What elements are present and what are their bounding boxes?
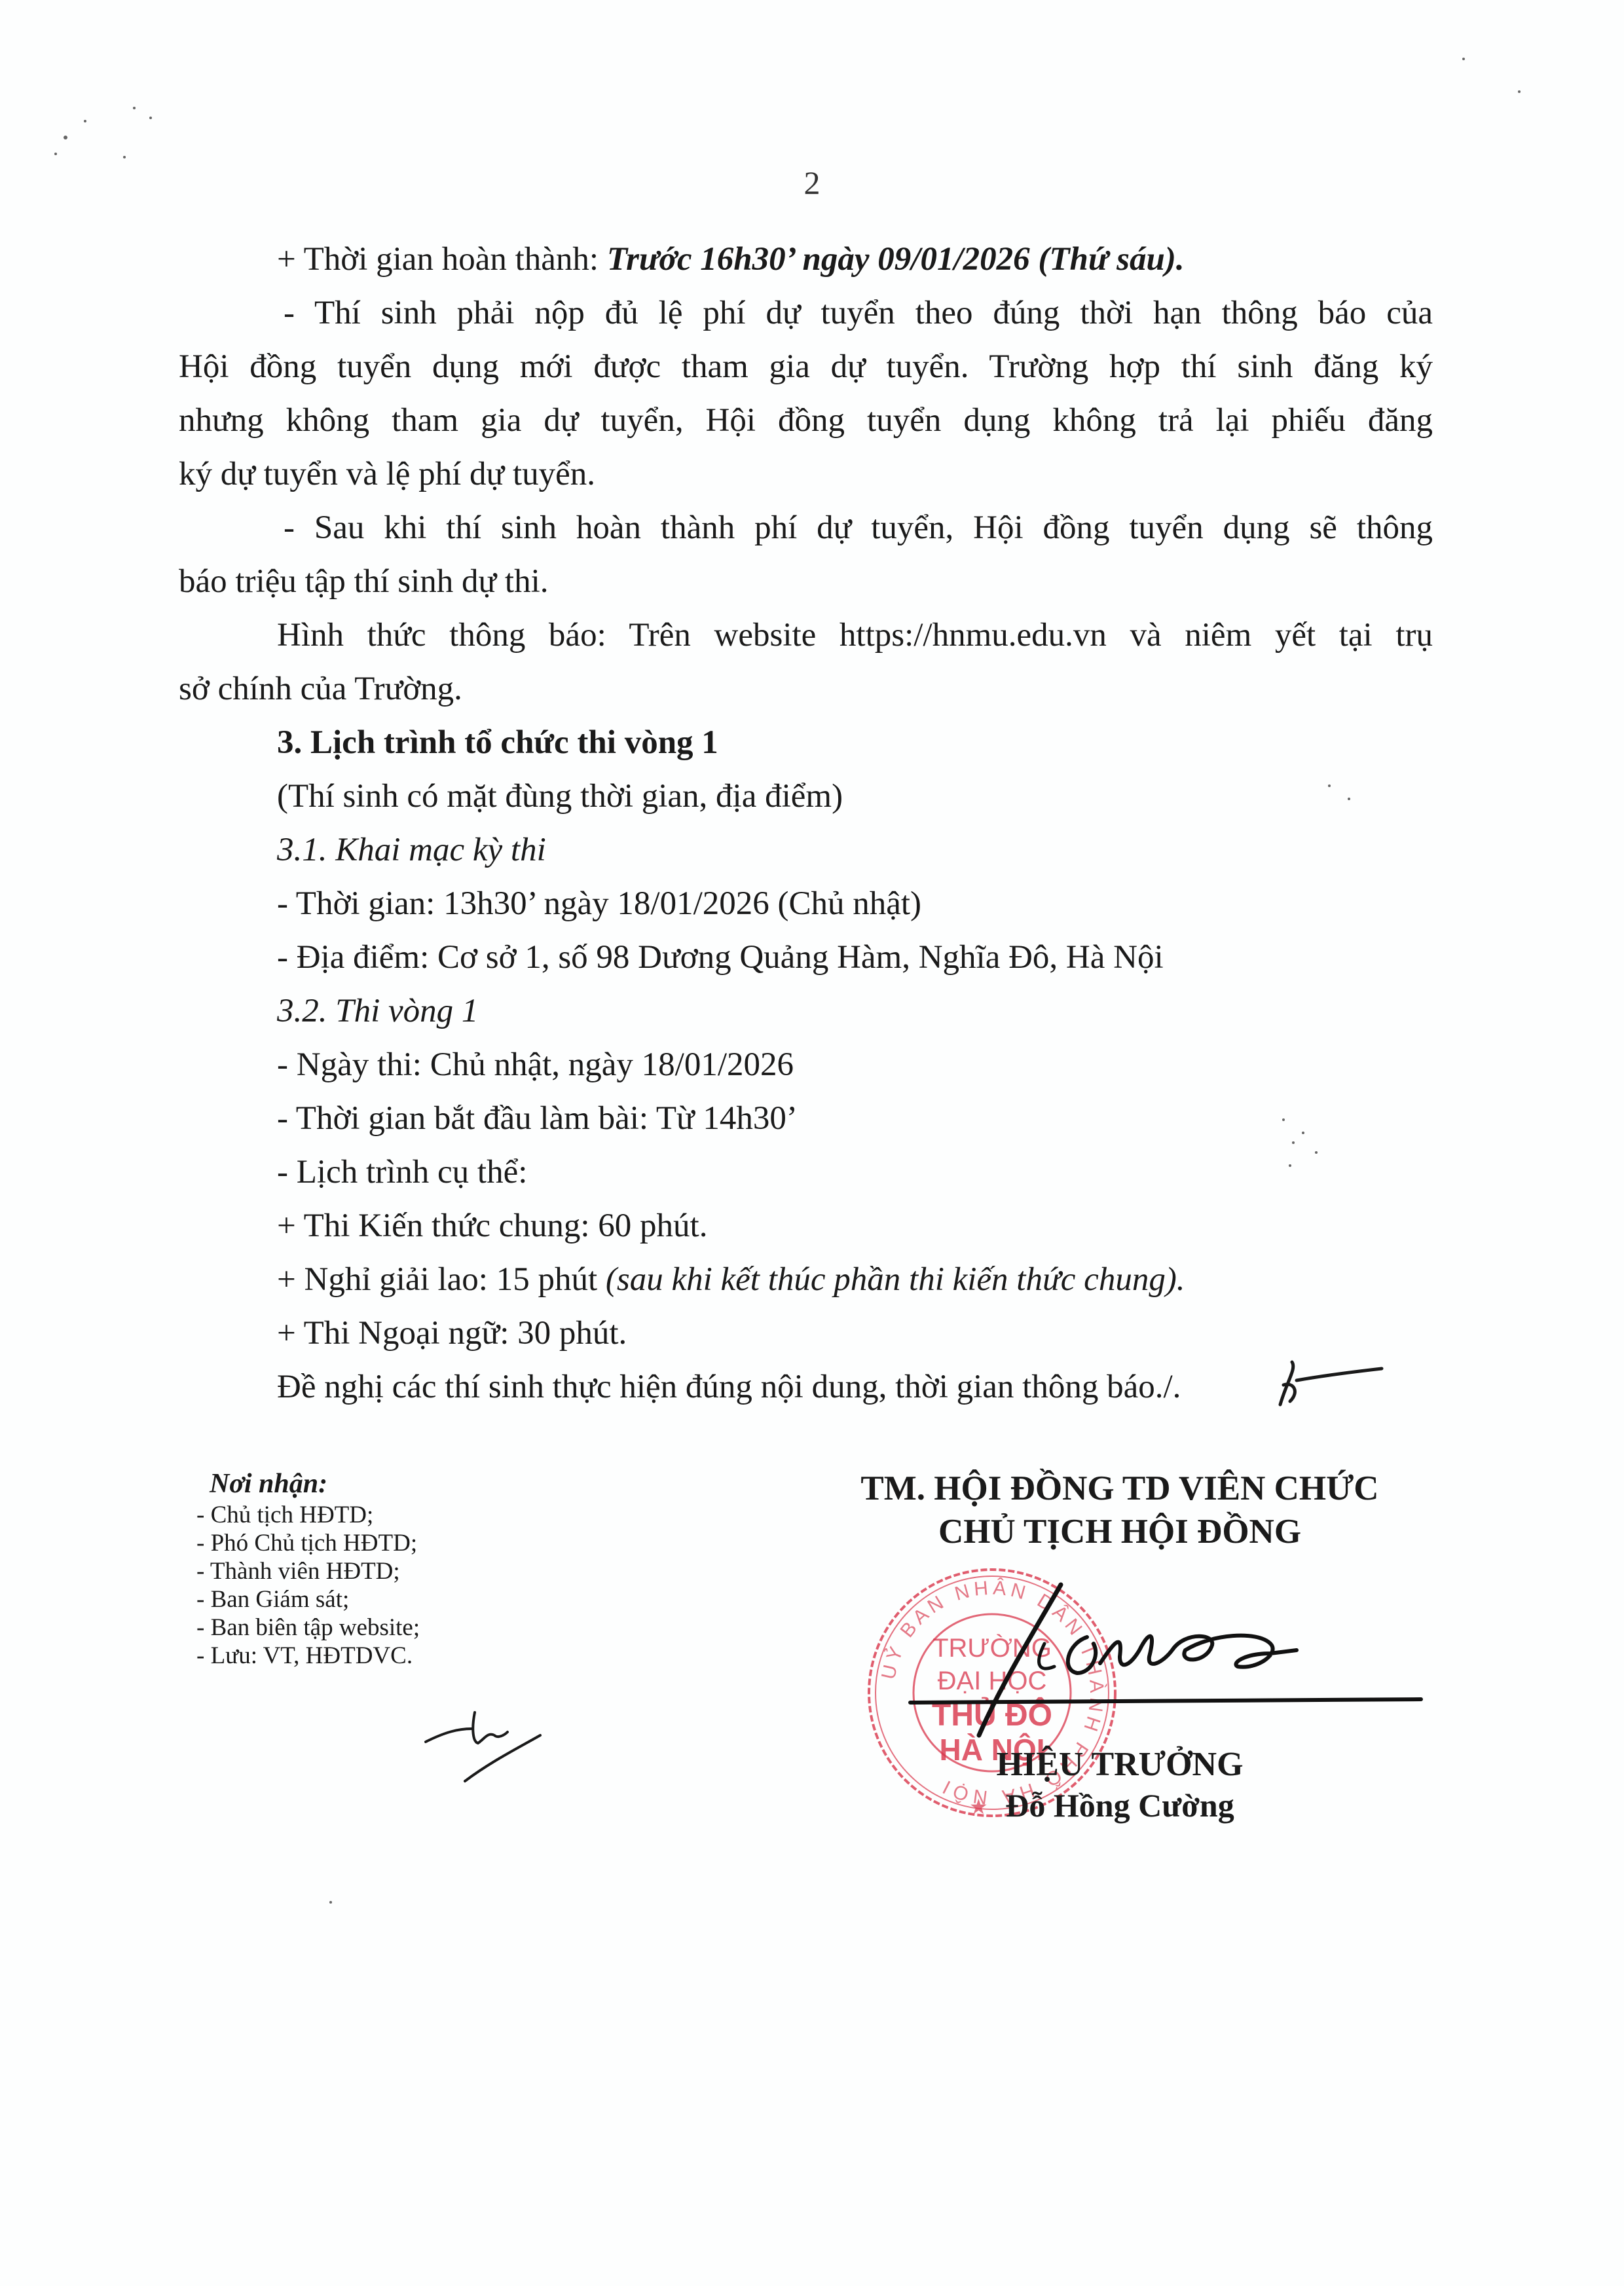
document-page: 2 + Thời gian hoàn thành: Trước 16h30’ n… — [0, 0, 1624, 2286]
scan-noise — [0, 0, 1624, 2286]
